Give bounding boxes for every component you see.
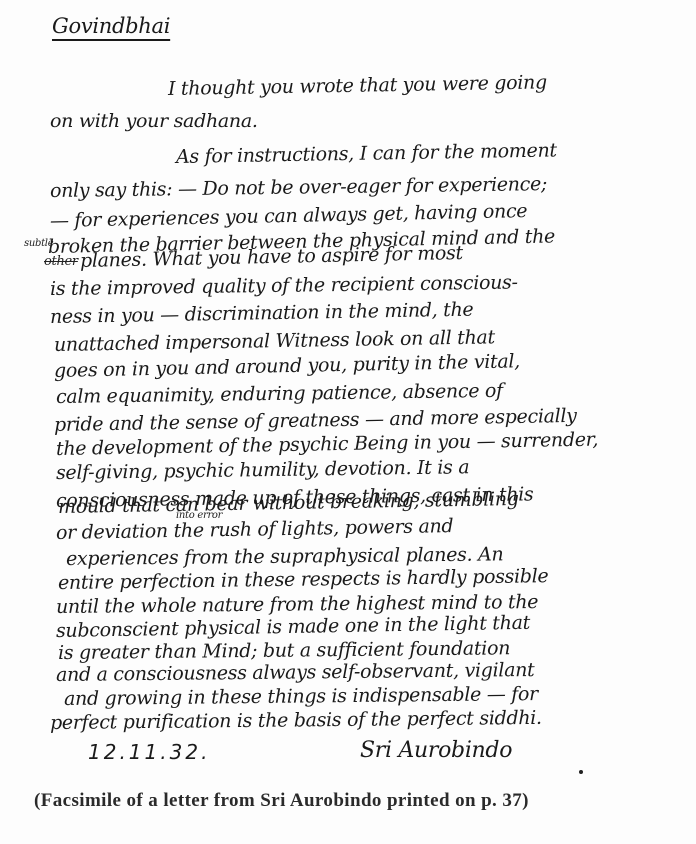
- signature: Sri Aurobindo: [360, 738, 512, 763]
- signature-dot: [579, 770, 583, 774]
- insertion-subtle: subtle: [24, 238, 53, 249]
- struck-word: other: [44, 254, 78, 269]
- salutation: Govindbhai: [52, 14, 170, 38]
- letter-line: entire perfection in these respects is h…: [58, 565, 549, 594]
- letter-line: calm equanimity, enduring patience, abse…: [56, 380, 503, 408]
- letter-line: or deviation the rush of lights, powers …: [56, 515, 454, 544]
- letter-line: and a consciousness always self-observan…: [56, 659, 535, 686]
- letter-line: and growing in these things is indispens…: [64, 683, 538, 710]
- letter-line: I thought you wrote that you were going: [168, 71, 547, 100]
- letter-line: As for instructions, I can for the momen…: [176, 139, 557, 168]
- letter-line: is the improved quality of the recipient…: [50, 271, 518, 300]
- letter-date: 12.11.32.: [88, 740, 210, 764]
- letter-line: on with your sadhana.: [50, 110, 258, 132]
- letter-line: self-giving, psychic humility, devotion.…: [56, 456, 470, 484]
- letter-facsimile: Govindbhai I thought you wrote that you …: [0, 0, 696, 844]
- letter-line: goes on in you and around you, purity in…: [54, 350, 520, 382]
- figure-caption: (Facsimile of a letter from Sri Aurobind…: [34, 790, 674, 812]
- letter-line: perfect purification is the basis of the…: [50, 707, 542, 734]
- letter-line: only say this: — Do not be over-eager fo…: [50, 173, 547, 202]
- letter-line: ness in you — discrimination in the mind…: [50, 299, 474, 328]
